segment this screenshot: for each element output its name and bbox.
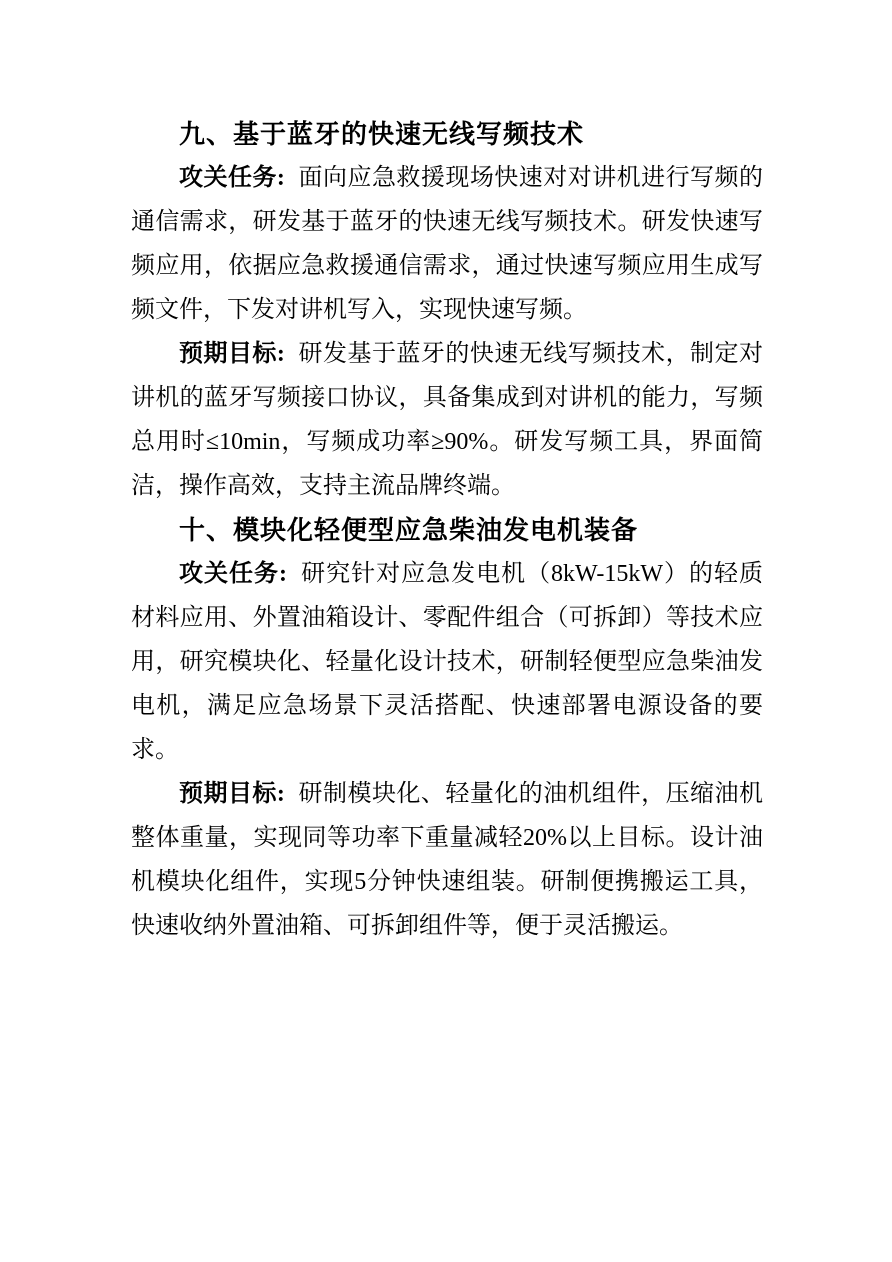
section-10-goal-paragraph: 预期目标:研制模块化、轻量化的油机组件，压缩油机整体重量，实现同等功率下重量减轻… (131, 772, 763, 948)
section-10-task-text: 研究针对应急发电机（8kW-15kW）的轻质材料应用、外置油箱设计、零配件组合（… (131, 561, 763, 763)
section-9-goal-paragraph: 预期目标:研发基于蓝牙的快速无线写频技术，制定对讲机的蓝牙写频接口协议，具备集成… (131, 332, 763, 508)
section-9-goal-label: 预期目标: (179, 341, 285, 367)
section-10-goal-label: 预期目标: (179, 781, 285, 807)
section-10-task-paragraph: 攻关任务:研究针对应急发电机（8kW-15kW）的轻质材料应用、外置油箱设计、零… (131, 552, 763, 772)
section-9-task-label: 攻关任务: (179, 165, 285, 191)
document-page: 九、基于蓝牙的快速无线写频技术 攻关任务:面向应急救援现场快速对对讲机进行写频的… (0, 0, 892, 1262)
section-10-task-label: 攻关任务: (179, 561, 287, 587)
section-9-task-paragraph: 攻关任务:面向应急救援现场快速对对讲机进行写频的通信需求，研发基于蓝牙的快速无线… (131, 156, 763, 332)
document-body: 九、基于蓝牙的快速无线写频技术 攻关任务:面向应急救援现场快速对对讲机进行写频的… (131, 112, 763, 948)
section-10-heading: 十、模块化轻便型应急柴油发电机装备 (131, 508, 763, 552)
section-9-heading: 九、基于蓝牙的快速无线写频技术 (131, 112, 763, 156)
